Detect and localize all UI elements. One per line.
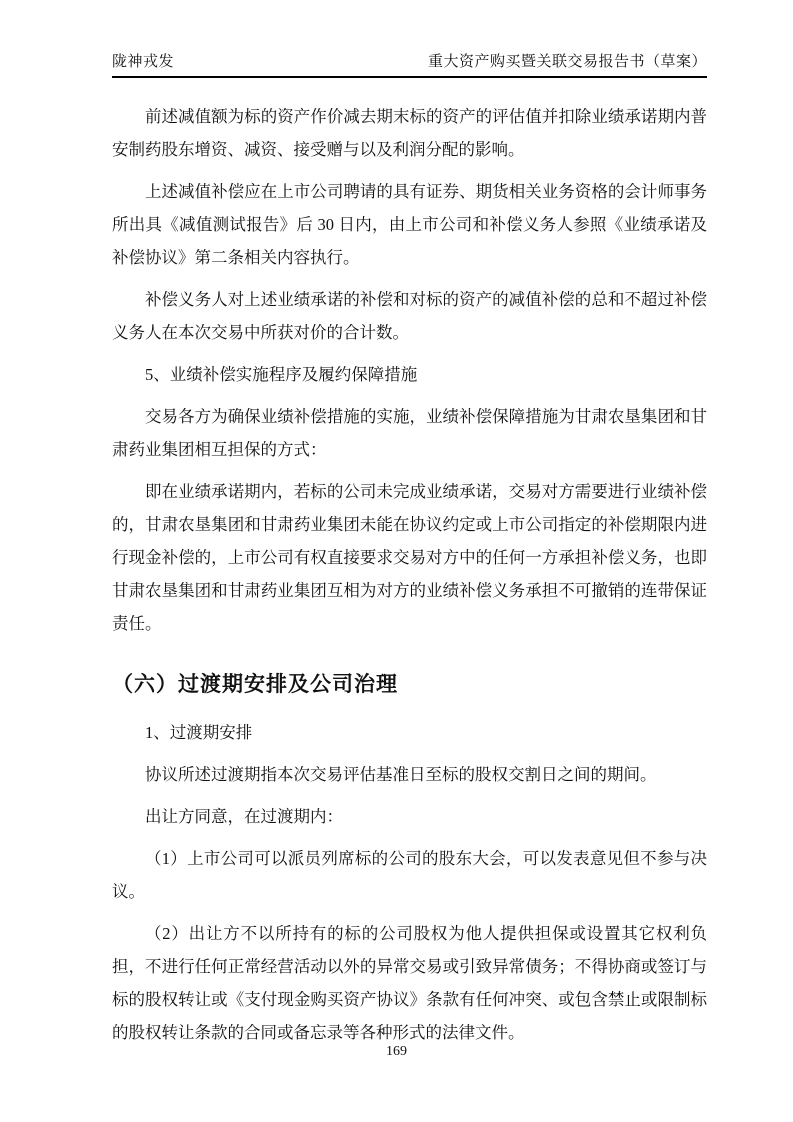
- paragraph: 交易各方为确保业绩补偿措施的实施，业绩补偿保障措施为甘肃农垦集团和甘肃药业集团相…: [112, 400, 707, 466]
- document-body: 前述减值额为标的资产作价减去期末标的资产的评估值并扣除业绩承诺期内普安制药股东增…: [112, 100, 707, 1049]
- page-footer: 169: [0, 1044, 793, 1060]
- section-heading: （六）过渡期安排及公司治理: [112, 670, 707, 700]
- page-number: 169: [386, 1044, 407, 1059]
- paragraph: （2）出让方不以所持有的标的公司股权为他人提供担保或设置其它权利负担，不进行任何…: [112, 917, 707, 1049]
- paragraph: 即在业绩承诺期内，若标的公司未完成业绩承诺，交易对方需要进行业绩补偿的，甘肃农垦…: [112, 475, 707, 640]
- paragraph: 协议所述过渡期指本次交易评估基准日至标的股权交割日之间的期间。: [112, 758, 707, 791]
- header-report-title: 重大资产购买暨关联交易报告书（草案）: [428, 50, 707, 71]
- paragraph: （1）上市公司可以派员列席标的公司的股东大会，可以发表意见但不参与决议。: [112, 842, 707, 908]
- paragraph: 出让方同意，在过渡期内：: [112, 800, 707, 833]
- header-company-name: 陇神戎发: [112, 50, 174, 71]
- paragraph: 补偿义务人对上述业绩承诺的补偿和对标的资产的减值补偿的总和不超过补偿义务人在本次…: [112, 283, 707, 349]
- document-page: 陇神戎发 重大资产购买暨关联交易报告书（草案） 前述减值额为标的资产作价减去期末…: [0, 0, 793, 1122]
- numbered-heading: 1、过渡期安排: [112, 716, 707, 749]
- numbered-heading: 5、业绩补偿实施程序及履约保障措施: [112, 358, 707, 391]
- paragraph: 前述减值额为标的资产作价减去期末标的资产的评估值并扣除业绩承诺期内普安制药股东增…: [112, 100, 707, 166]
- paragraph: 上述减值补偿应在上市公司聘请的具有证券、期货相关业务资格的会计师事务所出具《减值…: [112, 175, 707, 274]
- page-header: 陇神戎发 重大资产购买暨关联交易报告书（草案）: [112, 50, 707, 78]
